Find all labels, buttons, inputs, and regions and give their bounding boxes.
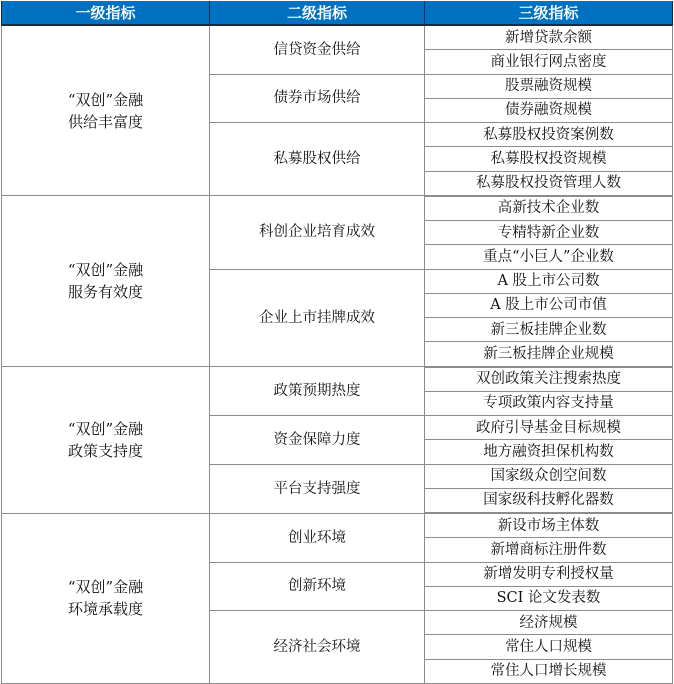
level3-cell: 经济规模 xyxy=(425,611,673,635)
level2-cell: 资金保障力度 xyxy=(210,416,425,465)
level3-cell: 重点“小巨人”企业数 xyxy=(425,245,673,269)
level3-cell: 新三板挂牌企业规模 xyxy=(425,342,673,367)
level3-cell: 专精特新企业数 xyxy=(425,221,673,245)
level3-cell: A 股上市公司数 xyxy=(425,269,673,293)
level3-cell: 股票融资规模 xyxy=(425,74,673,98)
table-row: “双创”金融 政策支持度 政策预期热度 双创政策关注搜索热度 xyxy=(2,367,673,392)
level3-cell: 新三板挂牌企业数 xyxy=(425,318,673,342)
level3-cell: A 股上市公司市值 xyxy=(425,293,673,317)
level1-line1: “双创”金融 xyxy=(2,576,209,598)
level1-line1: “双创”金融 xyxy=(2,418,209,440)
level1-cell: “双创”金融 环境承载度 xyxy=(2,513,210,683)
level3-cell: 常住人口增长规模 xyxy=(425,659,673,683)
level1-line2: 环境承载度 xyxy=(2,598,209,620)
level2-cell: 信贷资金供给 xyxy=(210,25,425,74)
level3-cell: 双创政策关注搜索热度 xyxy=(425,367,673,392)
header-level3: 三级指标 xyxy=(425,1,673,25)
level3-cell: 国家级众创空间数 xyxy=(425,464,673,488)
level3-cell: SCI 论文发表数 xyxy=(425,586,673,610)
header-level1: 一级指标 xyxy=(2,1,210,25)
level2-cell: 平台支持强度 xyxy=(210,464,425,513)
level3-cell: 高新技术企业数 xyxy=(425,196,673,221)
level3-cell: 常住人口规模 xyxy=(425,635,673,659)
table-row: “双创”金融 环境承载度 创业环境 新设市场主体数 xyxy=(2,513,673,538)
level3-cell: 地方融资担保机构数 xyxy=(425,440,673,464)
level3-cell: 新设市场主体数 xyxy=(425,513,673,538)
level3-cell: 私募股权投资规模 xyxy=(425,147,673,171)
level1-line1: “双创”金融 xyxy=(2,89,209,111)
level2-cell: 企业上市挂牌成效 xyxy=(210,269,425,367)
level3-cell: 私募股权投资管理人数 xyxy=(425,171,673,196)
level2-cell: 创新环境 xyxy=(210,562,425,611)
level2-cell: 债券市场供给 xyxy=(210,74,425,123)
level2-cell: 科创企业培育成效 xyxy=(210,196,425,269)
level1-cell: “双创”金融 供给丰富度 xyxy=(2,25,210,196)
level2-cell: 政策预期热度 xyxy=(210,367,425,416)
table-row: “双创”金融 服务有效度 科创企业培育成效 高新技术企业数 xyxy=(2,196,673,221)
header-row: 一级指标 二级指标 三级指标 xyxy=(2,1,673,25)
level3-cell: 商业银行网点密度 xyxy=(425,50,673,74)
indicator-table: 一级指标 二级指标 三级指标 “双创”金融 供给丰富度 信贷资金供给 新增贷款余… xyxy=(1,1,673,684)
level3-cell: 国家级科技孵化器数 xyxy=(425,488,673,513)
level2-cell: 经济社会环境 xyxy=(210,611,425,684)
level3-cell: 政府引导基金目标规模 xyxy=(425,416,673,440)
level1-cell: “双创”金融 服务有效度 xyxy=(2,196,210,367)
level3-cell: 新增商标注册件数 xyxy=(425,538,673,562)
level3-cell: 新增发明专利授权量 xyxy=(425,562,673,586)
header-level2: 二级指标 xyxy=(210,1,425,25)
level3-cell: 专项政策内容支持量 xyxy=(425,391,673,415)
level1-line1: “双创”金融 xyxy=(2,259,209,281)
table-row: “双创”金融 供给丰富度 信贷资金供给 新增贷款余额 xyxy=(2,25,673,50)
level1-line2: 供给丰富度 xyxy=(2,111,209,133)
level1-cell: “双创”金融 政策支持度 xyxy=(2,367,210,514)
level2-cell: 创业环境 xyxy=(210,513,425,562)
level3-cell: 私募股权投资案例数 xyxy=(425,123,673,147)
level2-cell: 私募股权供给 xyxy=(210,123,425,196)
level1-line2: 政策支持度 xyxy=(2,440,209,462)
level3-cell: 债券融资规模 xyxy=(425,98,673,122)
level1-line2: 服务有效度 xyxy=(2,281,209,303)
level3-cell: 新增贷款余额 xyxy=(425,25,673,50)
